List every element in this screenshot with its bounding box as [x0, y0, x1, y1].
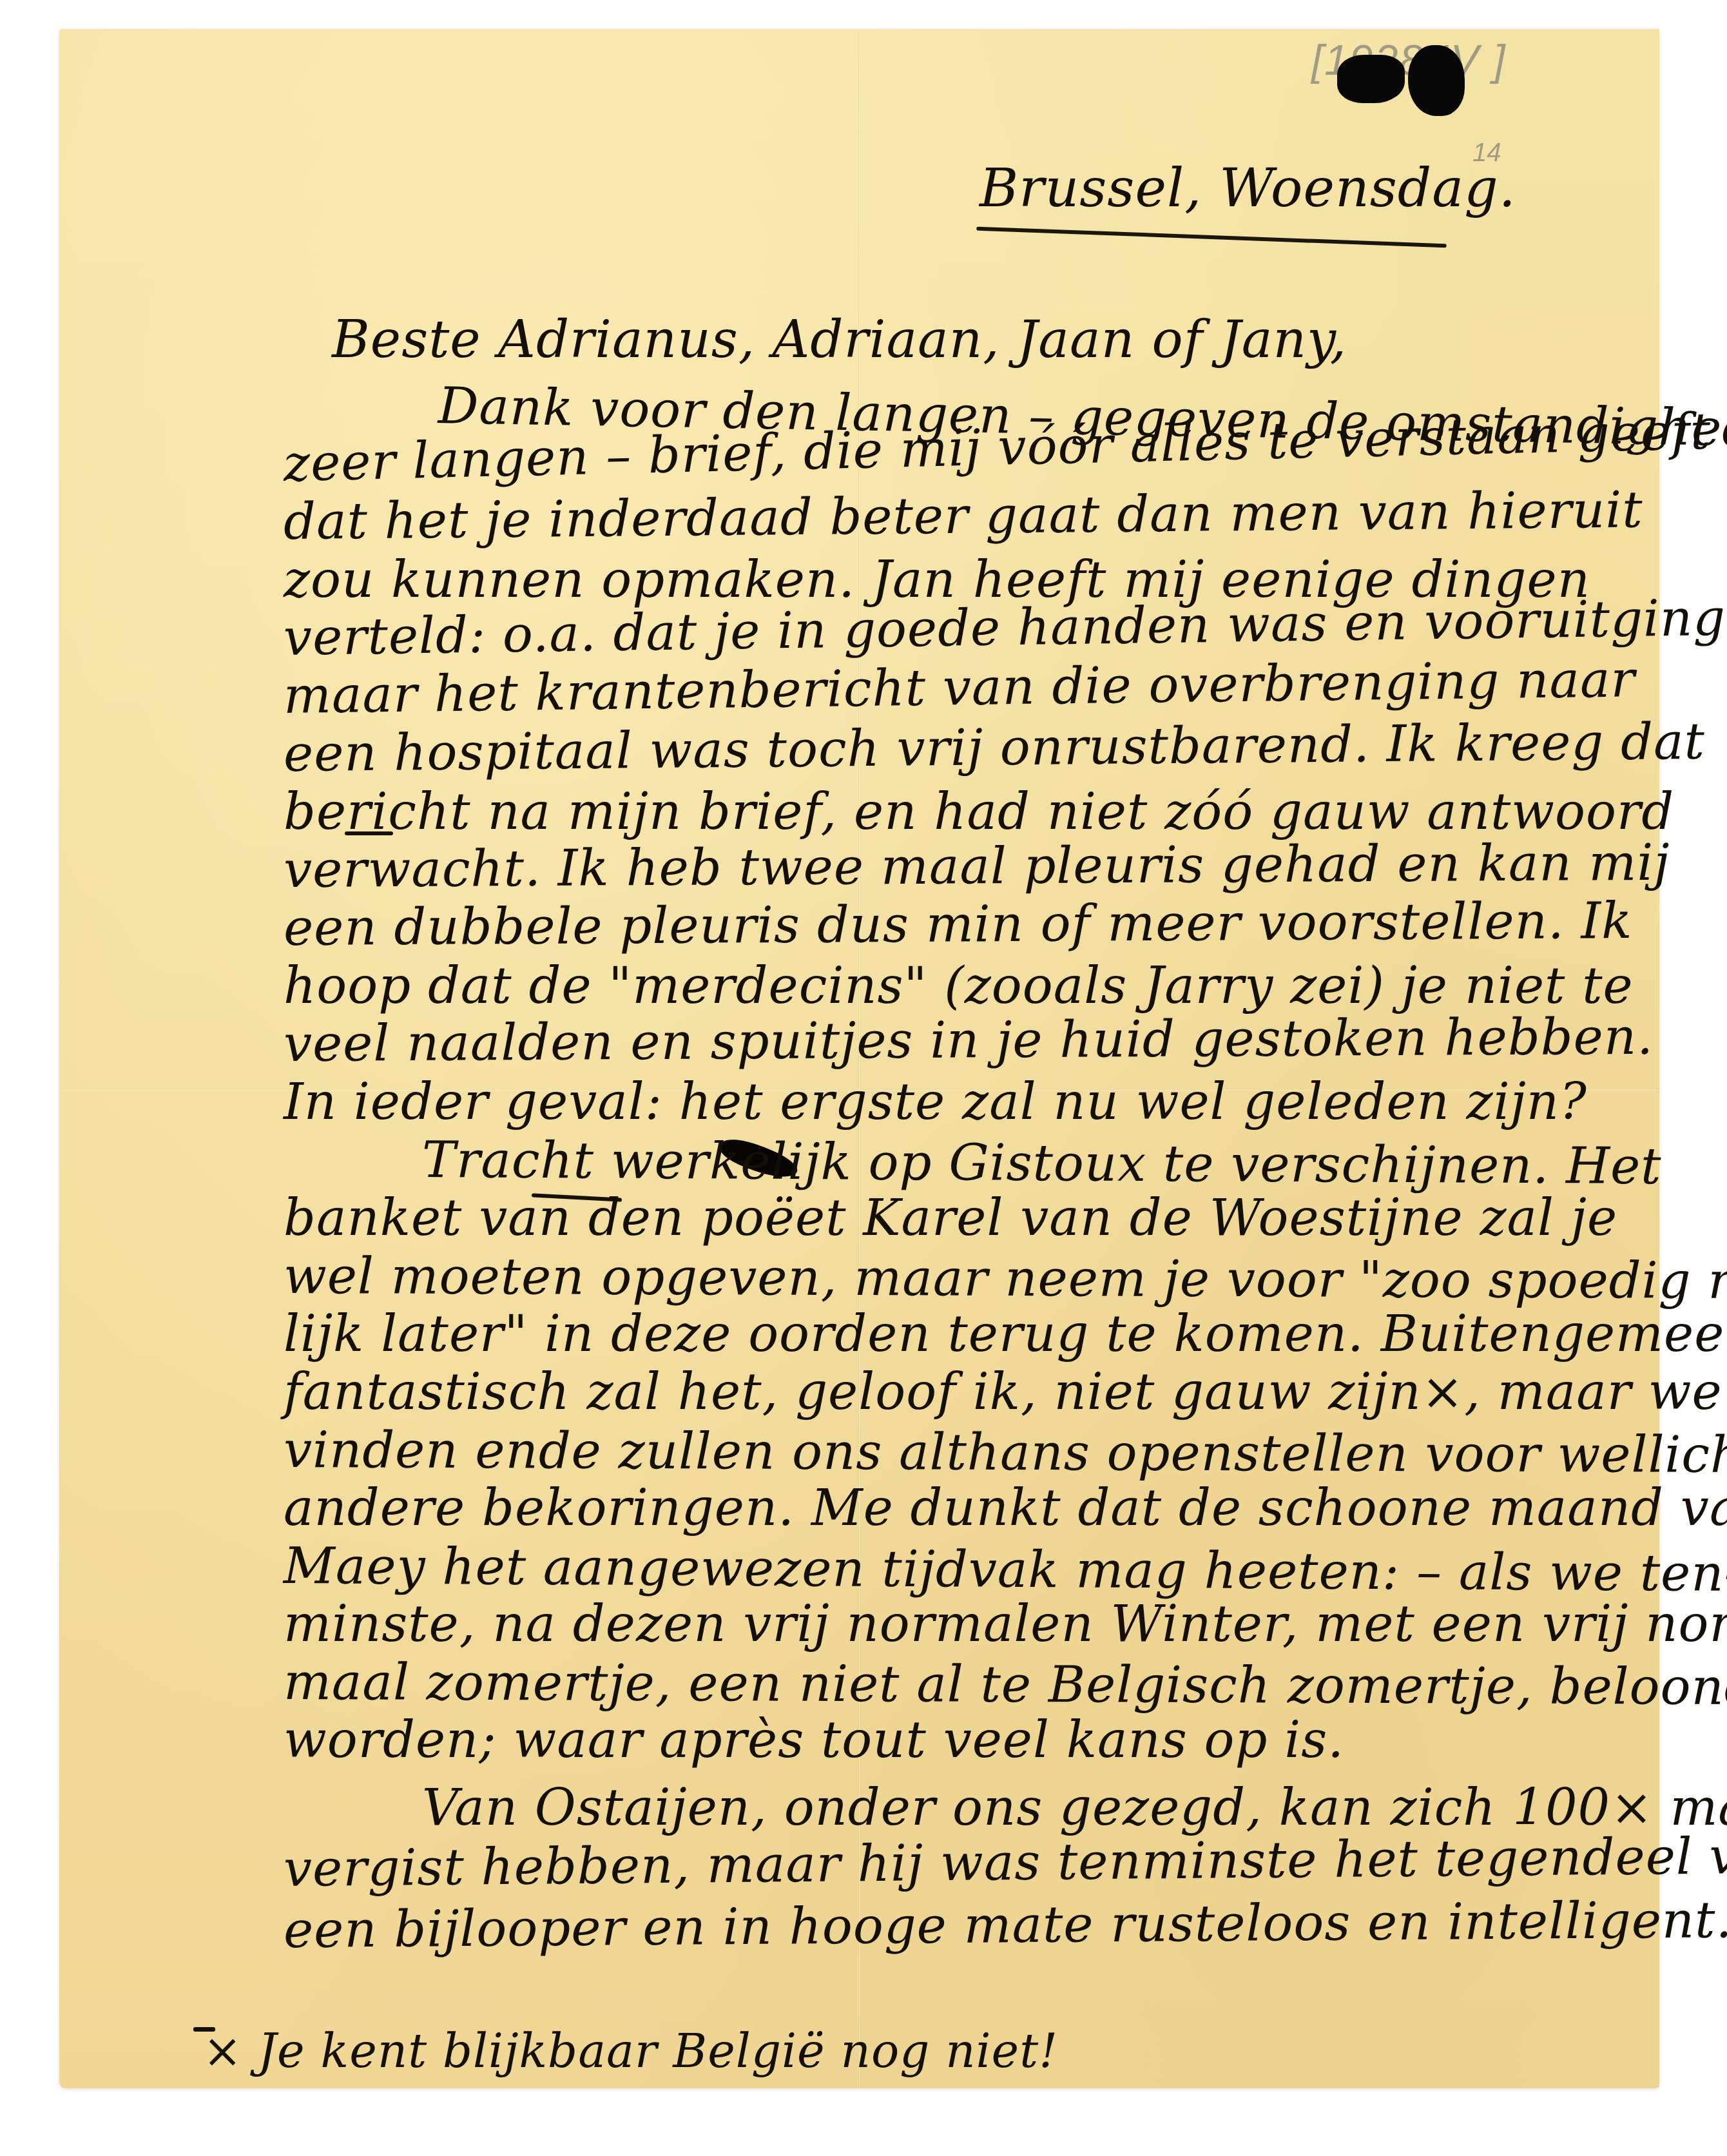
- letter-line: een bijlooper en in hooge mate rusteloos…: [284, 1891, 1727, 1959]
- letter-line: andere bekoringen. Me dunkt dat de schoo…: [284, 1479, 1727, 1537]
- letter-line: wel moeten opgeven, maar neem je voor "z…: [284, 1247, 1727, 1311]
- redaction-blot: [1408, 45, 1465, 116]
- salutation: Beste Adrianus, Adriaan, Jaan of Jany,: [332, 309, 1347, 369]
- letter-line: dat het je inderdaad beter gaat dan men …: [284, 481, 1643, 551]
- letter-line: fantastisch zal het, geloof ik, niet gau…: [284, 1363, 1722, 1421]
- place-and-day: Brussel, Woensdag.: [979, 158, 1516, 219]
- footnote: × Je kent blijkbaar België nog niet!: [203, 2024, 1058, 2078]
- redaction-blot: [1337, 55, 1405, 103]
- letter-line: Maey het aangewezen tijdvak mag heeten: …: [284, 1537, 1727, 1603]
- letter-line: bericht na mijn brief, en had niet zóó g…: [284, 783, 1674, 841]
- letter-line: Tracht werkelijk op Gistoux te verschijn…: [422, 1131, 1662, 1196]
- letter-line: een dubbele pleuris dus min of meer voor…: [284, 892, 1633, 957]
- letter-line: Van Ostaijen, onder ons gezegd, kan zich…: [422, 1779, 1727, 1837]
- letter-line: lijk later" in deze oorden terug te kome…: [284, 1305, 1727, 1363]
- letter-line: vinden ende zullen ons althans openstell…: [284, 1421, 1727, 1484]
- letter-line: maal zomertje, een niet al te Belgisch z…: [284, 1653, 1727, 1716]
- letter-line: worden; waar après tout veel kans op is.: [284, 1711, 1344, 1769]
- letter-line: verwacht. Ik heb twee maal pleuris gehad…: [284, 834, 1670, 899]
- letter-line: minste, na dezen vrij normalen Winter, m…: [284, 1595, 1727, 1653]
- letter-line: hoop dat de "merdecins" (zooals Jarry ze…: [284, 957, 1634, 1015]
- emphasis-underline: [345, 831, 393, 835]
- letter-line: In ieder geval: het ergste zal nu wel ge…: [284, 1073, 1587, 1131]
- letter-line: een hospitaal was toch vrij onrustbarend…: [284, 713, 1706, 783]
- letter-line: banket van den poëet Karel van de Woesti…: [284, 1189, 1617, 1247]
- letter-line: veel naalden en spuitjes in je huid gest…: [284, 1008, 1654, 1073]
